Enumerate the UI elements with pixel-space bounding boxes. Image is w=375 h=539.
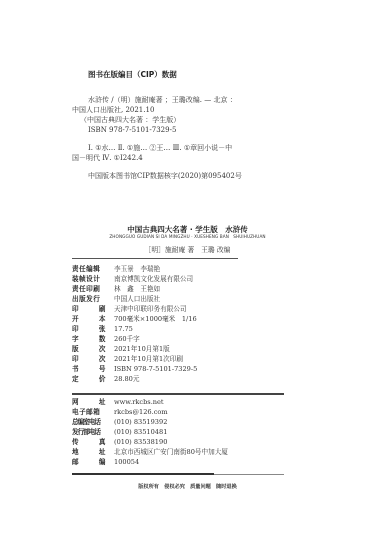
contact-label: 网址 — [72, 398, 106, 407]
cip-entry: 水浒传 /（明）施耐庵著 ；王璐改编. — 北京 ： — [88, 95, 237, 105]
credit-row: 印次2021年10月第1次印刷 — [72, 355, 183, 364]
credit-label: 责任印刷 — [72, 285, 114, 294]
credit-label: 出版发行 — [72, 295, 114, 304]
credit-value: 700毫米×1000毫米 1/16 — [114, 315, 197, 323]
copyright-notice: 版权所有 侵权必究 质量问题 随时退换 — [0, 483, 375, 490]
credit-value: 南京博凯文化发展有限公司 — [114, 275, 193, 283]
contact-label: 地址 — [72, 448, 106, 457]
contact-row: 邮编100054 — [72, 458, 139, 467]
credit-row: 定价28.80元 — [72, 375, 139, 384]
cip-entry: 中国人口出版社, 2021.10 — [72, 105, 154, 115]
cip-entry: ISBN 978-7-5101-7329-5 — [88, 125, 176, 135]
credit-value: 林 鑫 王艳如 — [114, 285, 160, 293]
credit-row: 出版发行中国人口出版社 — [72, 295, 160, 304]
contact-label: 总编室电话 — [72, 418, 114, 427]
credit-row: 版次2021年10月第1版 — [72, 345, 170, 354]
pinyin-title: ZHONGGUO GUDIAN SI DA MINGZHU · XUESHENG… — [0, 234, 375, 240]
contact-row: 电子邮箱rkcbs@126.com — [72, 408, 168, 417]
contact-value: 北京市西城区广安门南街80号中加大厦 — [114, 448, 228, 456]
credit-value: 中国人口出版社 — [114, 295, 160, 303]
contact-row: 总编室电话(010) 83519392 — [72, 418, 167, 427]
credit-label: 开本 — [72, 315, 106, 324]
credit-value: 李玉景 李瑞艳 — [114, 265, 160, 273]
contact-label: 发行部电话 — [72, 428, 114, 437]
contact-row: 发行部电话(010) 83510481 — [72, 428, 167, 437]
divider-thin — [214, 474, 284, 475]
contact-value: (010) 83519392 — [114, 418, 167, 426]
credit-label: 印次 — [72, 355, 106, 364]
credit-row: 装帧设计南京博凯文化发展有限公司 — [72, 275, 193, 284]
credit-row: 开本700毫米×1000毫米 1/16 — [72, 315, 197, 324]
credit-value: 28.80元 — [114, 375, 139, 383]
contact-value: 100054 — [114, 458, 139, 466]
cip-classification: Ⅰ. ①水… Ⅱ. ①施… ②王… Ⅲ. ①章回小说－中 — [88, 143, 232, 153]
credit-value: 2021年10月第1版 — [114, 345, 170, 353]
contact-row: 地址北京市西城区广安门南街80号中加大厦 — [72, 448, 228, 457]
credit-value: ISBN 978-7-5101-7329-5 — [114, 365, 197, 373]
credit-label: 书号 — [72, 365, 106, 374]
cip-title: 图书在版编目（CIP）数据 — [88, 69, 177, 80]
contact-label: 传真 — [72, 438, 106, 447]
credit-label: 版次 — [72, 345, 106, 354]
email-link[interactable]: rkcbs@126.com — [114, 408, 168, 416]
credit-value: 260千字 — [114, 335, 140, 343]
contact-label: 邮编 — [72, 458, 106, 467]
divider-thick — [72, 473, 214, 475]
divider — [72, 258, 238, 259]
contact-row: 传真(010) 83538190 — [72, 438, 167, 447]
credit-row: 字数260千字 — [72, 335, 140, 344]
credit-value: 天津中印联印务有限公司 — [114, 305, 187, 313]
divider — [72, 393, 284, 395]
authors: ［明］施耐庵 著 王璐 改编 — [0, 244, 375, 254]
credit-row: 责任编辑李玉景 李瑞艳 — [72, 265, 160, 274]
credit-row: 书号ISBN 978-7-5101-7329-5 — [72, 365, 197, 374]
contact-label: 电子邮箱 — [72, 408, 114, 417]
credit-row: 印张17.75 — [72, 325, 133, 334]
cip-verification: 中国版本图书馆CIP数据核字(2020)第095402号 — [88, 171, 242, 181]
credit-label: 定价 — [72, 375, 106, 384]
credit-value: 2021年10月第1次印刷 — [114, 355, 183, 363]
cip-entry: （中国古典四大名著 ：学生版） — [80, 115, 180, 125]
credit-label: 装帧设计 — [72, 275, 114, 284]
credit-label: 印张 — [72, 325, 106, 334]
credit-label: 字数 — [72, 335, 106, 344]
website-link[interactable]: www.rkcbs.net — [114, 398, 164, 406]
credit-row: 印刷天津中印联印务有限公司 — [72, 305, 187, 314]
credit-label: 印刷 — [72, 305, 106, 314]
contact-value: (010) 83538190 — [114, 438, 167, 446]
contact-value: (010) 83510481 — [114, 428, 167, 436]
credit-row: 责任印刷林 鑫 王艳如 — [72, 285, 160, 294]
contact-row: 网址www.rkcbs.net — [72, 398, 164, 407]
credit-label: 责任编辑 — [72, 265, 114, 274]
cip-classification: 国－明代 Ⅳ. ①I242.4 — [72, 153, 143, 163]
credit-value: 17.75 — [114, 325, 133, 333]
